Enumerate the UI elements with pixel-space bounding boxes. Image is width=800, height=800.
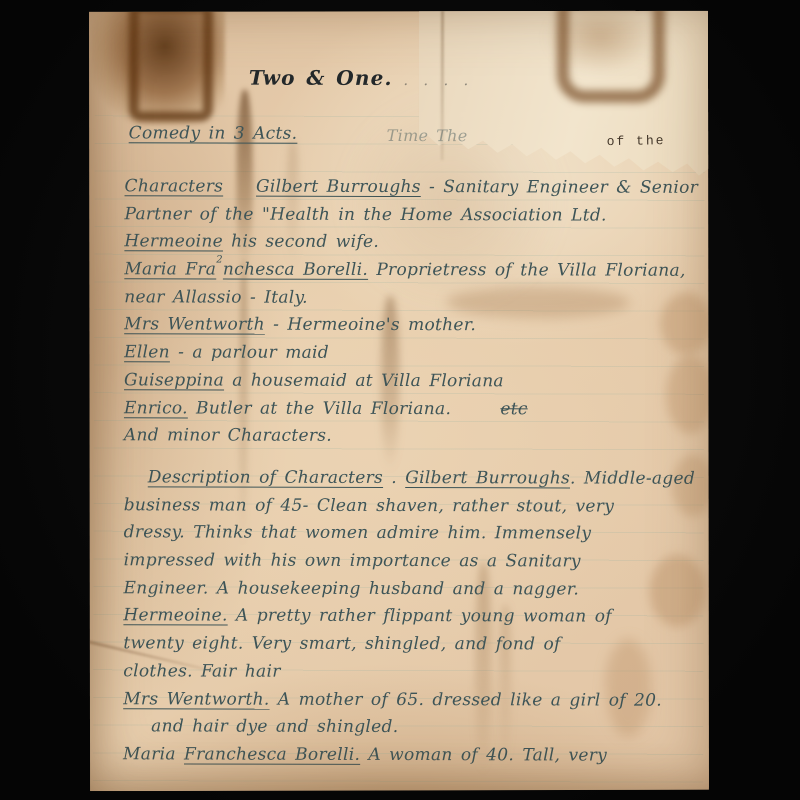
handwritten-text: business man of 45- Clean shaven, rather… — [124, 495, 614, 516]
time-note: Time The — [387, 126, 468, 145]
manuscript-line: Ellen - a parlour maid — [124, 342, 706, 371]
handwritten-text: and hair dye and shingled. — [151, 717, 398, 738]
handwritten-text: Ellen — [124, 342, 170, 362]
handwritten-text: Partner of the "Health in the Home Assoc… — [124, 204, 606, 225]
manuscript-line: Maria Franchesca Borelli. A woman of 40.… — [123, 744, 705, 773]
typed-fragment-text: of the — [607, 133, 666, 149]
handwritten-text: etc — [500, 399, 527, 419]
handwritten-text: 2 — [216, 255, 223, 266]
manuscript-line: Characters Gilbert Burroughs - Sanitary … — [125, 176, 707, 205]
handwritten-text: dressy. Thinks that women admire him. Im… — [124, 523, 592, 544]
manuscript-line: Partner of the "Health in the Home Assoc… — [124, 204, 706, 233]
handwritten-text: near Allassio - Italy. — [124, 287, 308, 307]
manuscript-line: And minor Characters. — [124, 425, 706, 454]
manuscript-line: and hair dye and shingled. — [123, 716, 705, 745]
manuscript-line: Enrico. Butler at the Villa Floriana. et… — [124, 398, 706, 427]
manuscript-line: Hermeoine his second wife. — [124, 232, 706, 261]
handwritten-text: Description of Characters — [148, 467, 383, 488]
page-title: Two & One. . . . . — [249, 66, 472, 91]
subtitle-text: Comedy in 3 Acts. — [129, 123, 298, 143]
handwritten-text: A mother of 65. dressed like a girl of 2… — [270, 689, 662, 710]
manuscript-line: Mrs Wentworth - Hermeoine's mother. — [124, 315, 706, 344]
handwritten-text: Hermeoine. — [123, 606, 227, 626]
handwritten-text — [223, 177, 256, 197]
manuscript-line: dressy. Thinks that women admire him. Im… — [124, 523, 706, 552]
handwritten-text: nchesca Borelli. — [223, 260, 368, 280]
manuscript-line: Hermeoine. A pretty rather flippant youn… — [123, 606, 705, 635]
handwritten-text: Maria — [123, 744, 184, 764]
manuscript-line: clothes. Fair hair — [123, 661, 705, 690]
handwritten-text: Gilbert Burroughs — [405, 468, 570, 488]
handwritten-text: Mrs Wentworth — [124, 315, 265, 335]
cast-list: Characters Gilbert Burroughs - Sanitary … — [124, 176, 707, 454]
manuscript-line: Maria Fra2nchesca Borelli. Proprietress … — [124, 259, 706, 288]
handwritten-text: Gilbert Burroughs — [256, 177, 421, 197]
manuscript-line: business man of 45- Clean shaven, rather… — [124, 495, 706, 524]
handwritten-text: Engineer. A housekeeping husband and a n… — [123, 578, 579, 599]
subtitle: Comedy in 3 Acts. — [129, 123, 298, 143]
title-text: Two & One. — [249, 66, 393, 90]
handwritten-text: Enrico. — [124, 398, 188, 418]
handwritten-text: Hermeoine — [124, 232, 223, 252]
handwritten-text: Franchesca Borelli. — [184, 744, 360, 764]
handwritten-text: A pretty rather flippant young woman of — [228, 606, 612, 627]
handwritten-text: Characters — [125, 176, 224, 196]
handwritten-text: A woman of 40. Tall, very — [360, 745, 607, 766]
manuscript-line: Description of Characters . Gilbert Burr… — [124, 467, 706, 496]
rust-stain-top-left — [91, 3, 225, 125]
handwritten-text: And minor Characters. — [124, 425, 332, 446]
handwritten-text: clothes. Fair hair — [123, 661, 280, 681]
handwritten-text: Guiseppina — [124, 370, 224, 390]
manuscript-line: twenty eight. Very smart, shingled, and … — [123, 633, 705, 662]
manuscript-page: of the Two & One. . . . . Comedy in 3 Ac… — [87, 9, 711, 793]
handwritten-text: - Sanitary Engineer & Senior — [421, 177, 698, 198]
manuscript-line: impressed with his own importance as a S… — [124, 550, 706, 579]
handwritten-text: . — [383, 468, 405, 488]
manuscript-line: Mrs Wentworth. A mother of 65. dressed l… — [123, 689, 705, 718]
character-descriptions: Description of Characters . Gilbert Burr… — [123, 467, 706, 773]
photo-backdrop: of the Two & One. . . . . Comedy in 3 Ac… — [0, 0, 800, 800]
manuscript-line: Engineer. A housekeeping husband and a n… — [123, 578, 705, 607]
handwritten-text: Butler at the Villa Floriana. — [188, 398, 501, 419]
handwritten-text: twenty eight. Very smart, shingled, and … — [123, 633, 560, 654]
handwritten-text: impressed with his own importance as a S… — [124, 550, 581, 571]
handwritten-text: - Hermeoine's mother. — [265, 315, 476, 336]
manuscript-line: near Allassio - Italy. — [124, 287, 706, 316]
handwritten-text: Mrs Wentworth. — [123, 689, 269, 709]
handwritten-text: . Middle-aged — [570, 468, 695, 488]
handwritten-text: a housemaid at Villa Floriana — [224, 370, 504, 391]
title-ink-dots: . . . . — [403, 71, 472, 89]
paperclip-rust-mark-left — [129, 1, 213, 121]
handwritten-text: Maria Fra — [124, 259, 216, 279]
handwritten-text: his second wife. — [223, 232, 379, 252]
handwritten-text: - a parlour maid — [170, 343, 329, 363]
manuscript-line: Guiseppina a housemaid at Villa Floriana — [124, 370, 706, 399]
handwritten-text: Proprietress of the Villa Floriana, — [368, 260, 686, 281]
